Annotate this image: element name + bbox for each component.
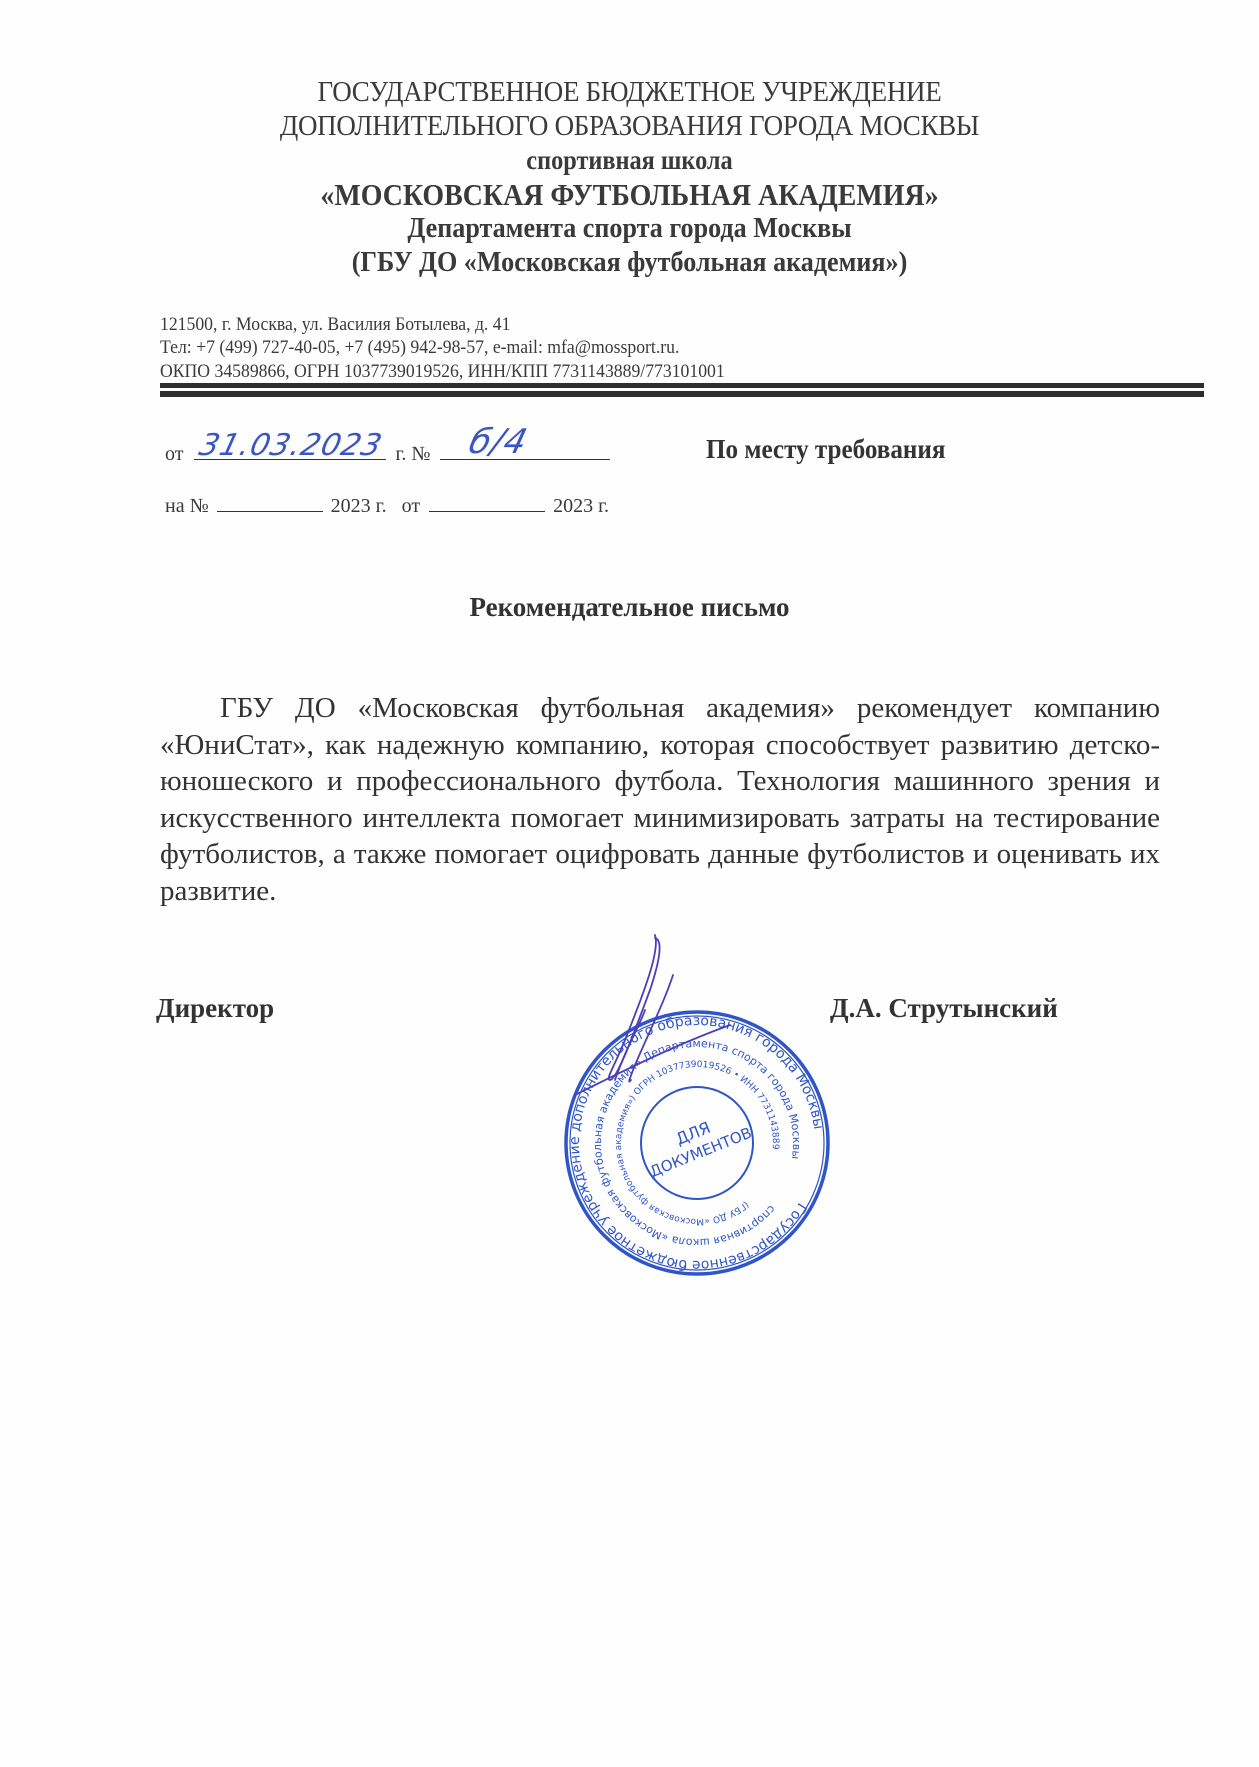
body-line: ГБУ ДО «Московская футбольная академия» …: [160, 690, 1160, 727]
header-line-1: ГОСУДАРСТВЕННОЕ БЮДЖЕТНОЕ УЧРЕЖДЕНИЕ: [44, 76, 1215, 109]
body-line: юношеского и профессионального футбола. …: [160, 763, 1160, 800]
signature-icon: [555, 930, 755, 1100]
header-org-name: «МОСКОВСКАЯ ФУТБОЛЬНАЯ АКАДЕМИЯ»: [63, 177, 1196, 213]
header-rule-bottom: [160, 391, 1204, 397]
letter-body: ГБУ ДО «Московская футбольная академия» …: [160, 690, 1160, 910]
phones-email: Тел: +7 (499) 727-40-05, +7 (495) 942-98…: [160, 337, 679, 359]
destination: По месту требования: [706, 434, 945, 465]
header-short-name: (ГБУ ДО «Московская футбольная академия»…: [63, 246, 1196, 279]
header-department: Департамента спорта города Москвы: [63, 212, 1196, 245]
handwritten-date: 31.03.2023: [196, 428, 387, 463]
reply-ref-row: на № 2023 г. от 2023 г.: [165, 495, 609, 518]
reply-date-blank: [429, 510, 545, 512]
header-line-3: спортивная школа: [63, 145, 1196, 176]
year-number-label: г. №: [395, 443, 430, 465]
header-rule-top: [160, 383, 1204, 388]
signatory-position: Директор: [156, 993, 274, 1024]
from-label: от: [165, 443, 183, 465]
body-line: футболистов, а также помогает оцифровать…: [160, 836, 1160, 873]
body-line: искусственного интеллекта помогает миним…: [160, 800, 1160, 837]
letter-title: Рекомендательное письмо: [0, 592, 1259, 623]
signatory-name: Д.А. Струтынский: [830, 993, 1058, 1024]
body-line: развитие.: [160, 873, 1160, 910]
reply-number-label: на №: [165, 495, 209, 517]
body-line: «ЮниСтат», как надежную компанию, котора…: [160, 727, 1160, 764]
address: 121500, г. Москва, ул. Василия Ботылева,…: [160, 314, 510, 336]
reply-year-1: 2023 г.: [331, 495, 387, 517]
reply-from-label: от: [402, 495, 420, 517]
reply-number-blank: [217, 510, 323, 512]
header-line-2: ДОПОЛНИТЕЛЬНОГО ОБРАЗОВАНИЯ ГОРОДА МОСКВ…: [44, 110, 1215, 143]
handwritten-number: б/4: [465, 422, 532, 462]
reply-year-2: 2023 г.: [553, 495, 609, 517]
letter-page: ГОСУДАРСТВЕННОЕ БЮДЖЕТНОЕ УЧРЕЖДЕНИЕ ДОП…: [0, 0, 1259, 1767]
registry-codes: ОКПО 34589866, ОГРН 1037739019526, ИНН/К…: [160, 361, 725, 383]
